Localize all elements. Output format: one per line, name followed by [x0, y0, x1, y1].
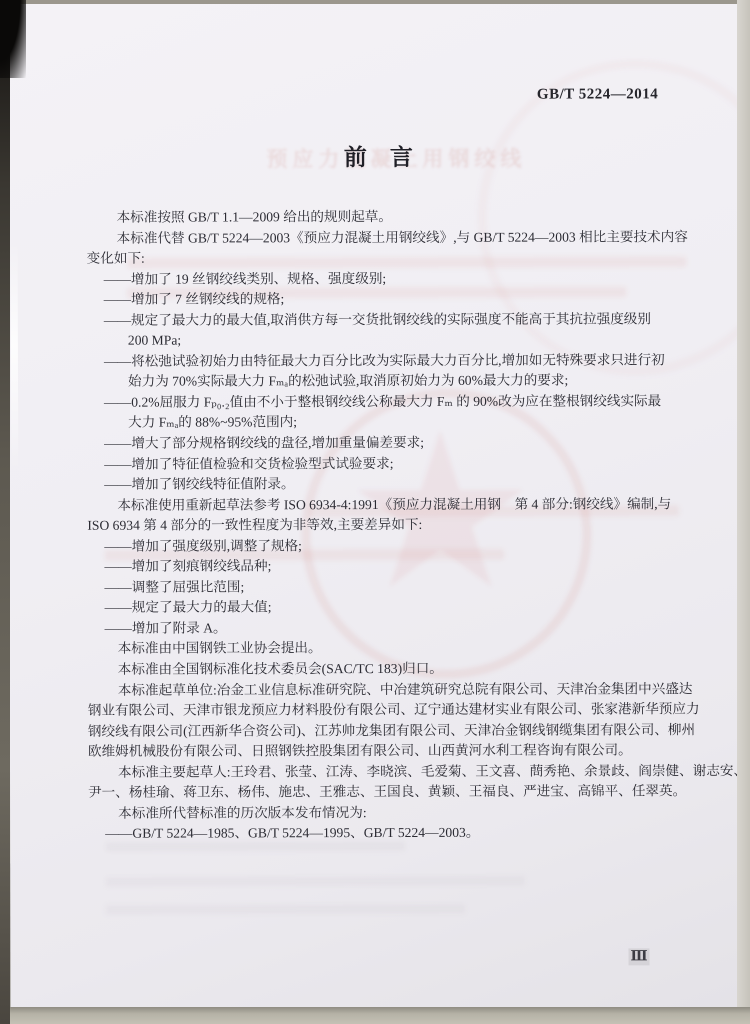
text-line: 本标准由全国钢标准化技术委员会(SAC/TC 183)归口。 — [88, 658, 680, 680]
text-line: 本标准由中国钢铁工业协会提出。 — [88, 638, 680, 660]
text-line: 本标准起草单位:冶金工业信息标准研究院、中冶建筑研究总院有限公司、天津冶金集团中… — [88, 679, 680, 701]
page-title: 前 言 — [78, 138, 678, 173]
standard-code: GB/T 5224—2014 — [537, 86, 658, 103]
text-line: 本标准按照 GB/T 1.1—2009 给出的规则起草。 — [87, 206, 679, 228]
text-line: 尹一、杨桂瑜、蒋卫东、杨伟、施忠、王雅志、王国良、黄颖、王福良、严进宝、高锦平、… — [88, 782, 680, 804]
text-line: ISO 6934 第 4 部分的一致性程度为非等效,主要差异如下: — [87, 514, 679, 536]
text-line: ——增加了附录 A。 — [88, 617, 680, 639]
text-line: ——增加了强度级别,调整了规格; — [87, 535, 679, 557]
text-line: ——增大了部分规格钢绞线的盘径,增加重量偏差要求; — [87, 432, 679, 454]
text-line: ——将松弛试验初始力由特征最大力百分比改为实际最大力百分比,增加如无特殊要求只进… — [87, 350, 679, 372]
text-line: ——规定了最大力的最大值,取消供方每一交货批钢绞线的实际强度不能高于其抗拉强度级… — [87, 309, 679, 331]
scan-edge-left — [0, 0, 10, 1024]
text-line: ——增加了刻痕钢绞线品种; — [87, 556, 679, 578]
scan-edge-bottom — [0, 1007, 750, 1024]
text-line: 钢业有限公司、天津市银龙预应力材料股份有限公司、辽宁通达建材实业有限公司、张家港… — [88, 699, 680, 721]
text-line: ——增加了 7 丝钢绞线的规格; — [87, 288, 679, 310]
foreword-body: 本标准按照 GB/T 1.1—2009 给出的规则起草。本标准代替 GB/T 5… — [87, 206, 681, 845]
scanned-page: ★ 预应力混凝土用钢绞线 GB/T 5224—2014 前 言 本标准按照 GB… — [0, 0, 750, 1024]
text-line: ——增加了特征值检验和交货检验型式试验要求; — [87, 453, 679, 475]
page-number: Ⅲ — [628, 948, 649, 965]
scan-edge-right — [737, 0, 750, 1024]
text-line: ——增加了钢绞线特征值附录。 — [87, 473, 679, 495]
text-line: 本标准代替 GB/T 5224—2003《预应力混凝土用钢绞线》,与 GB/T … — [87, 227, 679, 249]
paper-sheet: ★ 预应力混凝土用钢绞线 GB/T 5224—2014 前 言 本标准按照 GB… — [8, 0, 741, 1009]
text-line: 欧维姆机械股份有限公司、日照钢铁控股集团有限公司、山西黄河水利工程咨询有限公司。 — [88, 740, 680, 762]
text-line: ——调整了屈强比范围; — [88, 576, 680, 598]
text-line: ——GB/T 5224—1985、GB/T 5224—1995、GB/T 522… — [88, 823, 680, 845]
scan-edge-topleft-corner — [0, 0, 26, 78]
paper-curl-highlight — [11, 242, 19, 472]
text-line: 大力 Fₘₐ的 88%~95%范围内; — [87, 412, 679, 434]
text-line: 始力为 70%实际最大力 Fₘₐ的松弛试验,取消原初始力为 60%最大力的要求; — [87, 371, 679, 393]
text-line: ——增加了 19 丝钢绞线类别、规格、强度级别; — [87, 268, 679, 290]
text-line: 本标准所代替标准的历次版本发布情况为: — [88, 802, 680, 824]
text-line: 钢绞线有限公司(江西新华合资公司)、江苏帅龙集团有限公司、天津冶金钢线钢缆集团有… — [88, 720, 680, 742]
bleedthrough-line — [105, 904, 465, 915]
bleedthrough-line — [105, 876, 525, 887]
text-line: 200 MPa; — [87, 330, 679, 352]
text-line: 本标准主要起草人:王玲君、张莹、江涛、李晓滨、毛爱菊、王文喜、蔄秀艳、余景歧、阎… — [88, 761, 680, 783]
text-line: ——0.2%屈服力 Fₚ₀.₂值由不小于整根钢绞线公称最大力 Fₘ 的 90%改… — [87, 391, 679, 413]
text-line: ——规定了最大力的最大值; — [88, 597, 680, 619]
text-line: 变化如下: — [87, 247, 679, 269]
text-line: 本标准使用重新起草法参考 ISO 6934-4:1991《预应力混凝土用钢 第 … — [87, 494, 679, 516]
scan-edge-top — [0, 0, 750, 4]
